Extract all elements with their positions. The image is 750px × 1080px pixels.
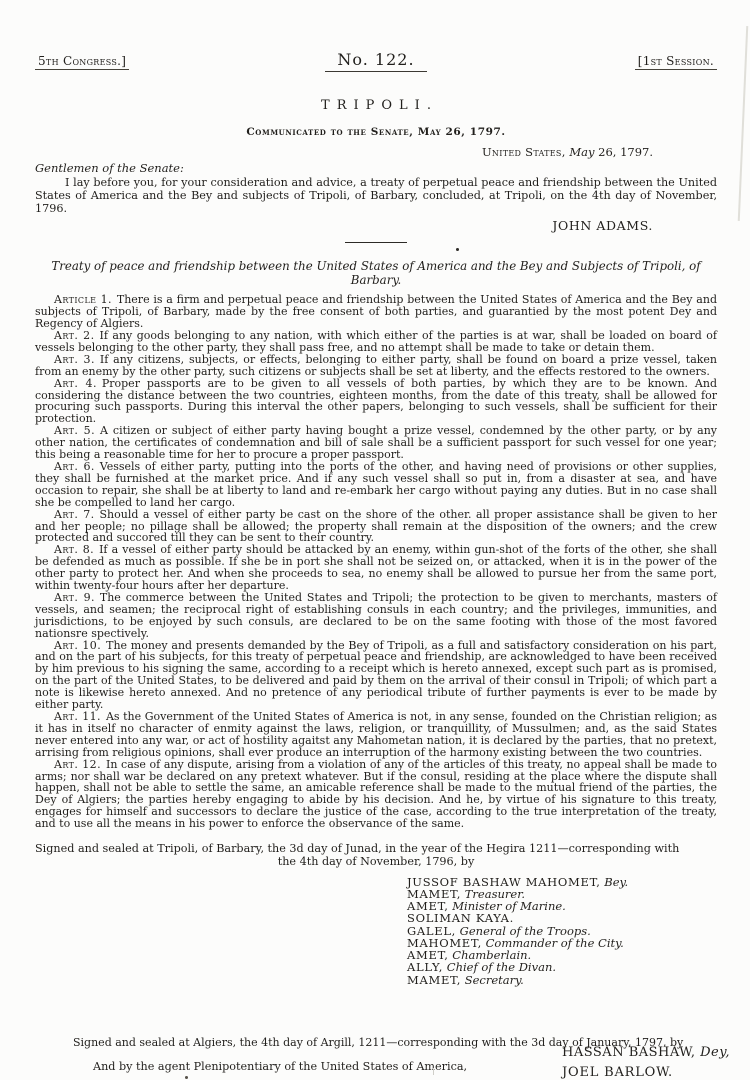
signatory-row: MAMET, Secretary.: [407, 974, 717, 986]
treaty-article: Art. 3.If any citizens, subjects, or eff…: [35, 354, 717, 378]
article-text: The money and presents demanded by the B…: [35, 639, 717, 712]
algiers-signatory-title: Dey,: [700, 1045, 730, 1060]
articles-section: Article 1.There is a firm and perpetual …: [35, 294, 717, 830]
dateline-month: May: [569, 145, 594, 159]
algiers-signatory-name: HASSAN BASHAW,: [562, 1045, 695, 1060]
treaty-title-line2: Barbary.: [35, 274, 717, 288]
page-title: TRIPOLI.: [35, 98, 717, 113]
masthead-right: [1st Session.: [490, 50, 717, 70]
article-text: If a vessel of either party should be at…: [35, 543, 717, 592]
document-page: 5th Congress.] No. 122. [1st Session. TR…: [0, 0, 750, 1080]
article-text: As the Government of the United States o…: [35, 710, 717, 759]
treaty-title-line1: Treaty of peace and friendship between t…: [35, 260, 717, 274]
document-number: No. 122.: [325, 50, 426, 72]
ornament-dot: [456, 248, 459, 251]
treaty-title: Treaty of peace and friendship between t…: [35, 260, 717, 287]
algiers-signatory: HASSAN BASHAW, Dey,: [562, 1045, 730, 1060]
masthead-center: No. 122.: [262, 50, 489, 72]
article-text: Proper passports are to be given to all …: [35, 377, 717, 426]
signatory-name: MAMET,: [407, 973, 461, 987]
treaty-article: Art. 6.Vessels of either party, putting …: [35, 461, 717, 509]
treaty-article: Art. 7.Should a vessel of either party b…: [35, 509, 717, 545]
treaty-article: Art. 11.As the Government of the United …: [35, 711, 717, 759]
article-text: If any citizens, subjects, or effects, b…: [35, 353, 717, 378]
article-text: There is a firm and perpetual peace and …: [35, 293, 717, 330]
dateline-rest: 26, 1797.: [598, 145, 653, 159]
dateline-place: United States,: [482, 145, 566, 159]
treaty-article: Art. 8.If a vessel of either party shoul…: [35, 544, 717, 592]
treaty-article: Art. 2.If any goods belonging to any nat…: [35, 330, 717, 354]
scan-artifact-line: [737, 26, 747, 221]
treaty-article: Art. 9.The commerce between the United S…: [35, 592, 717, 640]
letter-body: I lay before you, for your consideration…: [35, 176, 717, 215]
signatory-title: Secretary.: [465, 973, 524, 987]
tripoli-attestation: Signed and sealed at Tripoli, of Barbary…: [35, 842, 717, 869]
document-content: 5th Congress.] No. 122. [1st Session. TR…: [35, 50, 717, 986]
tripoli-signatories: JUSSOF BASHAW MAHOMET, Bey. MAMET, Treas…: [407, 876, 717, 986]
article-text: A citizen or subject of either party hav…: [35, 424, 717, 461]
article-text: The commerce between the United States a…: [35, 591, 717, 640]
page-subtitle: Communicated to the Senate, May 26, 1797…: [35, 126, 717, 138]
section-divider: [345, 242, 407, 243]
scan-artifact-tick: [433, 1068, 434, 1075]
treaty-article: Art. 5.A citizen or subject of either pa…: [35, 425, 717, 461]
signatory-title: Bey.: [604, 875, 628, 889]
treaty-article: Art. 4.Proper passports are to be given …: [35, 378, 717, 426]
agent-line: And by the agent Plenipotentiary of the …: [93, 1060, 467, 1073]
masthead-left: 5th Congress.]: [35, 50, 262, 70]
tripoli-attestation-line2: the 4th day of November, 1796, by: [35, 855, 717, 868]
article-text: If any goods belonging to any nation, wi…: [35, 329, 717, 354]
treaty-article: Art. 10.The money and presents demanded …: [35, 640, 717, 711]
dateline: United States, May 26, 1797.: [35, 145, 717, 159]
article-text: Vessels of either party, putting into th…: [35, 460, 717, 509]
president-signature: JOHN ADAMS.: [35, 218, 717, 233]
congress-label: 5th Congress.]: [35, 54, 129, 70]
session-label: [1st Session.: [635, 54, 717, 70]
agent-signatory: JOEL BARLOW.: [562, 1065, 673, 1080]
treaty-article: Art. 12.In case of any dispute, arising …: [35, 759, 717, 830]
article-text: Should a vessel of either party be cast …: [35, 508, 717, 545]
masthead: 5th Congress.] No. 122. [1st Session.: [35, 50, 717, 72]
tripoli-attestation-line1: Signed and sealed at Tripoli, of Barbary…: [35, 842, 717, 855]
salutation: Gentlemen of the Senate:: [35, 161, 717, 175]
algiers-section: Signed and sealed at Algiers, the 4th da…: [35, 1032, 735, 1078]
ornament-dot: [185, 1076, 188, 1079]
article-text: In case of any dispute, arising from a v…: [35, 758, 717, 831]
treaty-article: Article 1.There is a firm and perpetual …: [35, 294, 717, 330]
